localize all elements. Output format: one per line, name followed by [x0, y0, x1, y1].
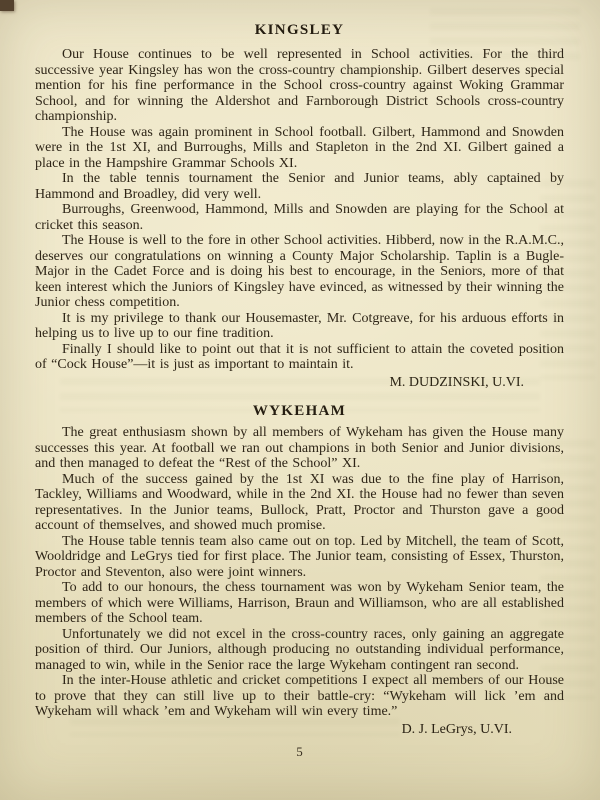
kingsley-paragraph-3: In the table tennis tournament the Senio… [35, 171, 564, 202]
kingsley-paragraph-4: Burroughs, Greenwood, Hammond, Mills and… [35, 202, 564, 233]
wykeham-paragraph-1: The great enthusiasm shown by all member… [35, 425, 564, 472]
section-title-kingsley: KINGSLEY [35, 22, 564, 39]
wykeham-paragraph-5: Unfortunately we did not excel in the cr… [35, 627, 564, 674]
kingsley-paragraph-7: Finally I should like to point out that … [35, 342, 564, 373]
wykeham-paragraph-3: The House table tennis team also came ou… [35, 534, 564, 581]
section-kingsley: KINGSLEY Our House continues to be well … [35, 22, 564, 390]
signature-wykeham: D. J. LeGrys, U.VI. [35, 722, 564, 738]
page-number: 5 [35, 744, 564, 760]
kingsley-paragraph-6: It is my privilege to thank our Housemas… [35, 311, 564, 342]
section-wykeham: WYKEHAM The great enthusiasm shown by al… [35, 403, 564, 737]
magazine-page: KINGSLEY Our House continues to be well … [0, 0, 600, 800]
kingsley-paragraph-2: The House was again prominent in School … [35, 125, 564, 172]
signature-kingsley: M. DUDZINSKI, U.VI. [35, 375, 564, 391]
wykeham-paragraph-2: Much of the success gained by the 1st XI… [35, 472, 564, 534]
section-title-wykeham: WYKEHAM [35, 403, 564, 420]
wykeham-paragraph-4: To add to our honours, the chess tournam… [35, 580, 564, 627]
kingsley-paragraph-5: The House is well to the fore in other S… [35, 233, 564, 311]
scan-artifact-corner [0, 0, 14, 11]
wykeham-paragraph-6: In the inter-House athletic and cricket … [35, 673, 564, 720]
kingsley-paragraph-1: Our House continues to be well represent… [35, 47, 564, 125]
